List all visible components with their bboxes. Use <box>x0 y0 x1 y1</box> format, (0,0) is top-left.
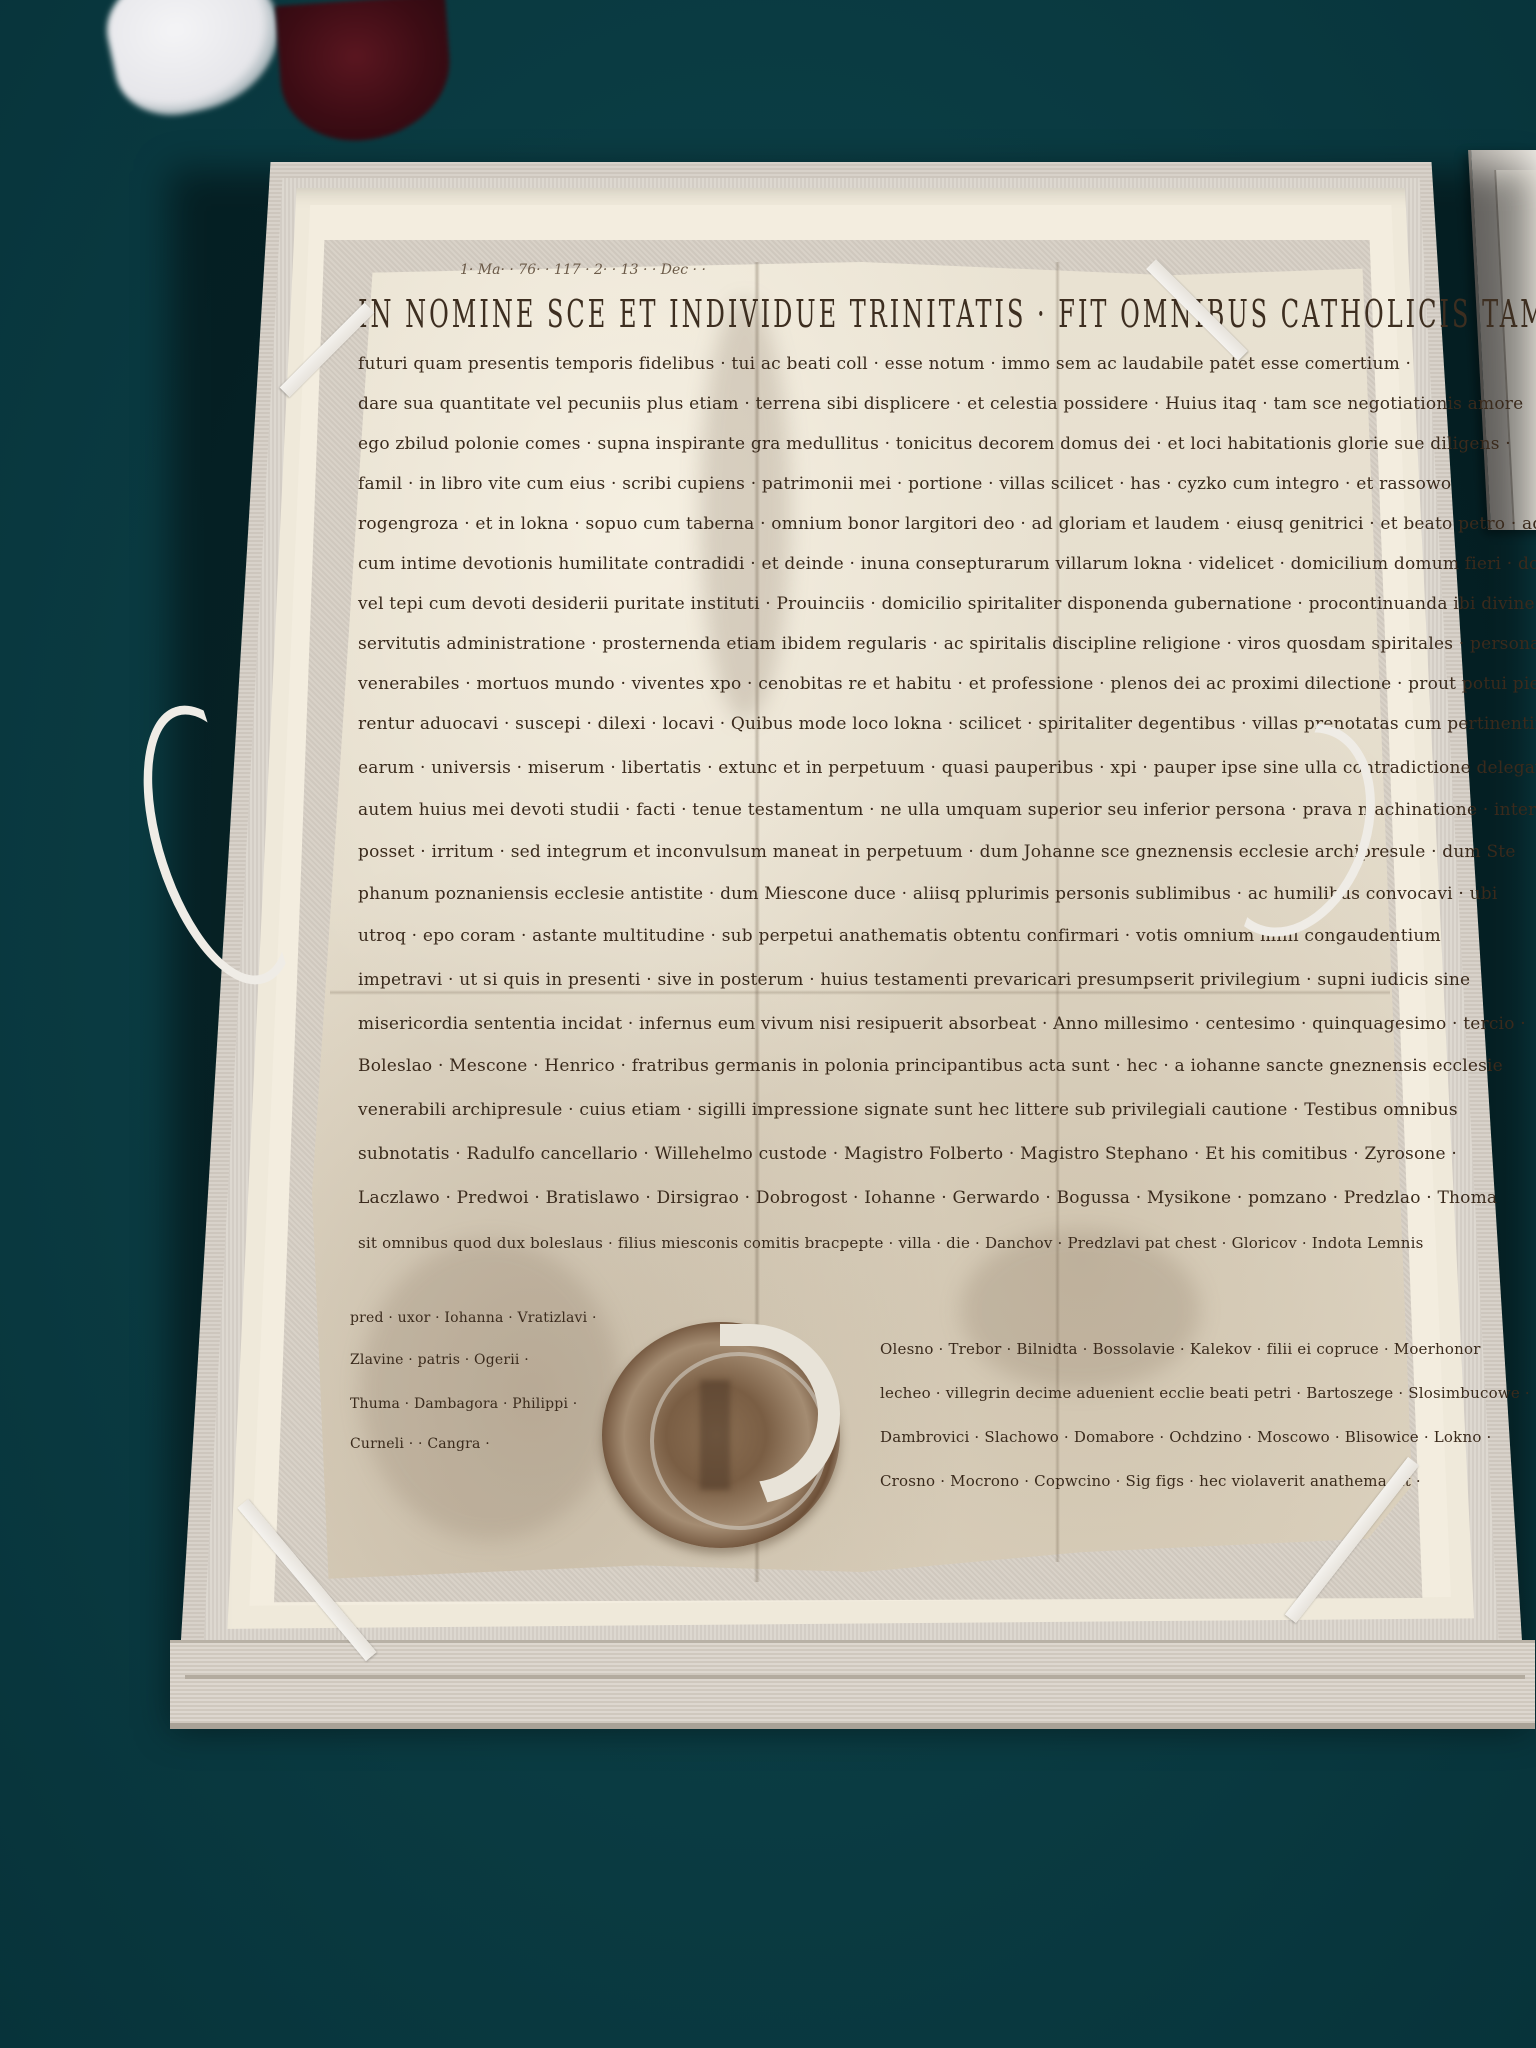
charter-line: futuri quam presentis temporis fidelibus… <box>358 354 1411 374</box>
stain <box>360 1240 620 1540</box>
red-object <box>275 0 454 146</box>
seal-figure <box>700 1380 730 1490</box>
charter-line: Boleslao · Mescone · Henrico · fratribus… <box>358 1056 1503 1076</box>
charter-line: Zlavine · patris · Ogerii · <box>350 1352 529 1368</box>
stain <box>960 1230 1200 1390</box>
charter-line: subnotatis · Radulfo cancellario · Wille… <box>358 1144 1457 1164</box>
charter-line: lecheo · villegrin decime aduenient eccl… <box>880 1384 1530 1402</box>
charter-heading: IN NOMINE SCE ET INDIVIDUE TRINITATIS · … <box>358 292 1536 337</box>
charter-line: rogengroza · et in lokna · sopuo cum tab… <box>358 514 1536 534</box>
charter-line: vel tepi cum devoti desiderii puritate i… <box>358 594 1535 614</box>
charter-line: venerabiles · mortuos mundo · viventes x… <box>358 674 1536 694</box>
charter-line: ego zbilud polonie comes · supna inspira… <box>358 434 1511 454</box>
charter-line: Thuma · Dambagora · Philippi · <box>350 1396 577 1412</box>
charter-line: venerabili archipresule · cuius etiam · … <box>358 1100 1458 1120</box>
charter-line: Laczlawo · Predwoi · Bratislawo · Dirsig… <box>358 1188 1497 1208</box>
charter-line: Curneli · · Cangra · <box>350 1436 490 1452</box>
fold-line <box>1055 262 1060 1562</box>
fold-line <box>330 990 1390 995</box>
charter-line: cum intime devotionis humilitate contrad… <box>358 554 1536 574</box>
charter-line: misericordia sententia incidat · infernu… <box>358 1014 1526 1034</box>
charter-line: Dambrovici · Slachowo · Domabore · Ochdz… <box>880 1428 1491 1446</box>
charter-line: rentur aduocavi · suscepi · dilexi · loc… <box>358 714 1536 734</box>
box-lip-divider <box>185 1675 1525 1679</box>
charter-line: servitutis administratione · prosternend… <box>358 634 1536 654</box>
charter-line: pred · uxor · Iohanna · Vratizlavi · <box>350 1310 597 1326</box>
white-cloth <box>97 0 292 126</box>
charter-line: impetravi · ut si quis in presenti · siv… <box>358 970 1470 990</box>
marginal-notes: 1· Ma· · 76· · 117 · 2· · 13 · · Dec · · <box>460 262 706 278</box>
charter-line: famil · in libro vite cum eius · scribi … <box>358 474 1451 494</box>
charter-line: Olesno · Trebor · Bilnidta · Bossolavie … <box>880 1340 1481 1358</box>
charter-witness-line: sit omnibus quod dux boleslaus · filius … <box>358 1234 1424 1252</box>
charter-line: dare sua quantitate vel pecuniis plus et… <box>358 394 1523 414</box>
charter-line: Crosno · Mocrono · Copwcino · Sig figs ·… <box>880 1472 1421 1490</box>
